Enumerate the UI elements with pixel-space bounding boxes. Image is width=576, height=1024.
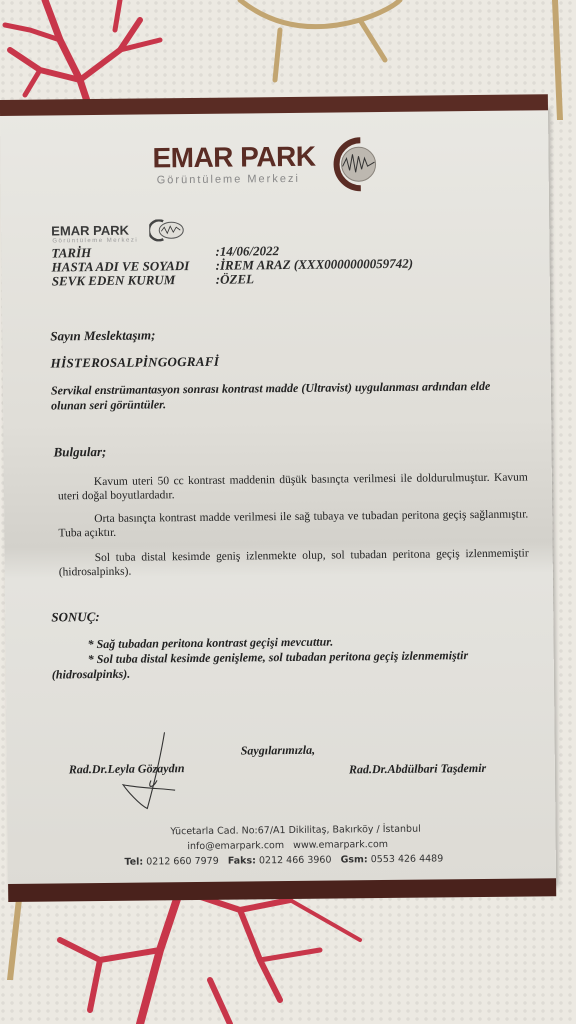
small-logo-subtitle: Görüntüleme Merkezi <box>52 238 138 245</box>
emar-park-logo-main: EMAR PARK Görüntüleme Merkezi <box>152 140 393 193</box>
finding-paragraph: Orta basınçta kontrast madde verilmesi i… <box>58 507 528 540</box>
tan-pattern-bottom-left <box>0 890 30 980</box>
findings-heading: Bulgular; <box>53 444 106 460</box>
medical-report-document: EMAR PARK Görüntüleme Merkezi EMAR PARK … <box>0 106 556 890</box>
finding-text: Orta basınçta kontrast madde verilmesi i… <box>58 508 528 539</box>
closing-salutation: Saygılarımızla, <box>241 743 315 759</box>
result-item: * Sol tuba distal kesimde genişleme, sol… <box>52 648 522 683</box>
finding-text: Sol tuba distal kesimde geniş izlenmekte… <box>59 547 529 578</box>
intro-paragraph: Servikal enstrümantasyon sonrası kontras… <box>51 379 519 414</box>
finding-text: Kavum uteri 50 cc kontrast maddenin düşü… <box>58 471 528 502</box>
footer-fax: 0212 466 3960 <box>259 855 332 867</box>
result-heading: SONUÇ: <box>51 609 100 625</box>
info-label: SEVK EDEN KURUM <box>52 273 216 289</box>
logo-brand-text: EMAR PARK <box>152 141 315 175</box>
letterhead-bottom-bar <box>8 878 556 902</box>
handwritten-signature <box>116 730 187 811</box>
info-row-referring-institution: SEVK EDEN KURUM :ÖZEL <box>52 271 414 289</box>
finding-paragraph: Sol tuba distal kesimde geniş izlenmekte… <box>59 546 529 579</box>
footer-phone-numbers: Tel: 0212 660 7979 Faks: 0212 466 3960 G… <box>10 852 558 869</box>
logo-subtitle: Görüntüleme Merkezi <box>157 173 300 186</box>
procedure-title: HİSTEROSALPİNGOGRAFİ <box>51 354 220 371</box>
coral-pattern-bottom <box>30 880 390 1024</box>
small-logo-brand-text: EMAR PARK <box>51 223 129 239</box>
footer-contact-online: info@emarpark.com www.emarpark.com <box>14 837 562 854</box>
results-list: * Sağ tubadan peritona kontrast geçişi m… <box>52 633 522 683</box>
footer-address: Yücetarla Cad. No:67/A1 Dikilitaş, Bakır… <box>21 822 569 839</box>
footer-tel: 0212 660 7979 <box>146 856 219 868</box>
finding-paragraph: Kavum uteri 50 cc kontrast maddenin düşü… <box>58 470 528 503</box>
logo-emblem-icon <box>322 136 383 193</box>
info-value: :ÖZEL <box>216 272 254 286</box>
footer-website: www.emarpark.com <box>293 839 388 851</box>
patient-info-block: TARİH :14/06/2022 HASTA ADI VE SOYADI :İ… <box>51 243 413 289</box>
info-value: :İREM ARAZ (XXX0000000059742) <box>216 257 414 273</box>
footer-email: info@emarpark.com <box>187 840 284 852</box>
footer-gsm: 0553 426 4489 <box>371 853 444 865</box>
small-logo-emblem-icon <box>149 219 185 241</box>
signatory-right: Rad.Dr.Abdülbari Taşdemir <box>349 761 486 777</box>
greeting: Sayın Meslektaşım; <box>50 327 155 343</box>
